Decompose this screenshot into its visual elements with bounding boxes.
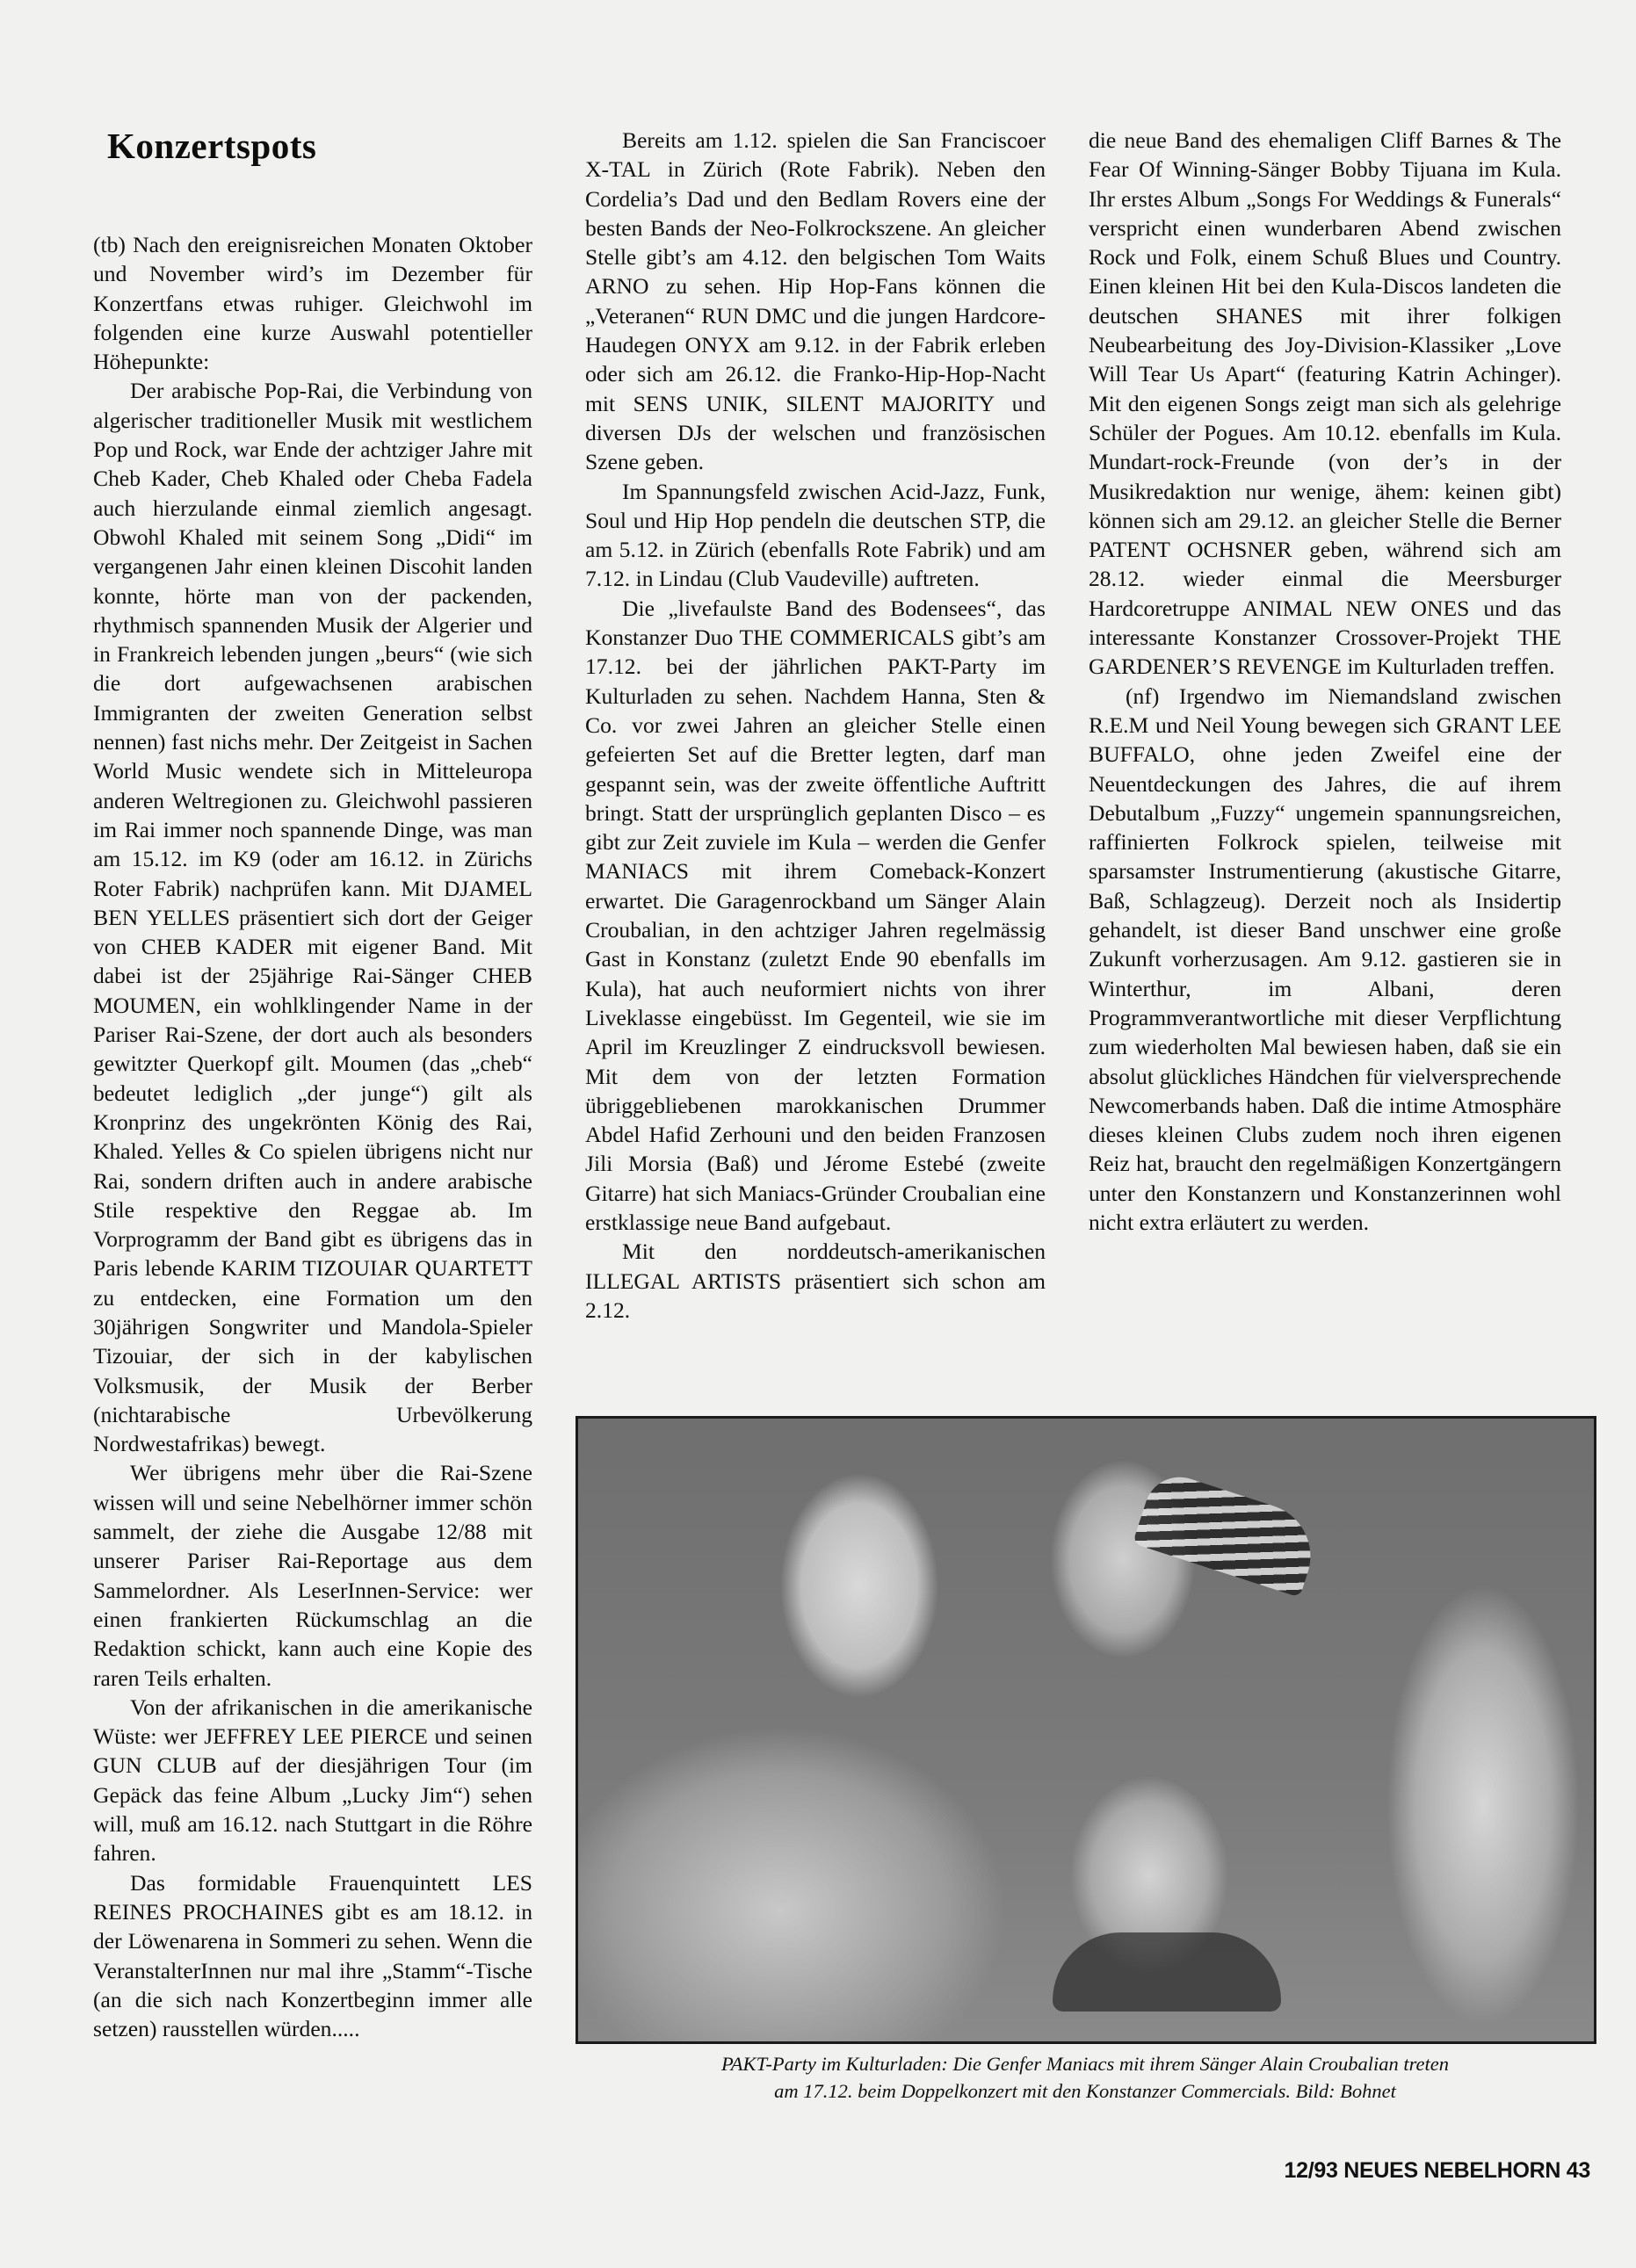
paragraph-bobby-tijuana: die neue Band des ehemaligen Cliff Barne… xyxy=(1089,126,1561,682)
caption-line-1: PAKT-Party im Kulturladen: Die Genfer Ma… xyxy=(597,2050,1573,2077)
caption-line-2: am 17.12. beim Doppelkonzert mit den Kon… xyxy=(597,2077,1573,2105)
paragraph-rai: Der arabische Pop-Rai, die Verbindung vo… xyxy=(93,376,532,1458)
paragraph-illegal-artists: Mit den norddeutsch-amerikanischen ILLEG… xyxy=(585,1237,1046,1325)
striped-headband-shape xyxy=(1133,1468,1324,1597)
paragraph-intro: (tb) Nach den ereignisreichen Monaten Ok… xyxy=(93,230,532,376)
paragraph-grant-lee-buffalo: (nf) Irgendwo im Niemandsland zwischen R… xyxy=(1089,682,1561,1238)
paragraph-les-reines: Das formidable Frauenquintett LES REINES… xyxy=(93,1868,532,2044)
text-column-2: Bereits am 1.12. spielen die San Francis… xyxy=(585,126,1046,1325)
paragraph-x-tal: Bereits am 1.12. spielen die San Francis… xyxy=(585,126,1046,477)
text-column-1: (tb) Nach den ereignisreichen Monaten Ok… xyxy=(93,230,532,2043)
dark-cap-shape xyxy=(1053,1932,1281,2012)
issue-number: 12/93 xyxy=(1284,2158,1337,2183)
paragraph-rai-reportage: Wer übrigens mehr über die Rai-Szene wis… xyxy=(93,1458,532,1692)
paragraph-commericals: Die „livefaulste Band des Bodensees“, da… xyxy=(585,594,1046,1238)
band-photo xyxy=(575,1416,1596,2044)
page-number: 43 xyxy=(1567,2158,1590,2183)
text-column-3: die neue Band des ehemaligen Cliff Barne… xyxy=(1089,126,1561,1237)
page-footer: 12/93 NEUES NEBELHORN 43 xyxy=(1284,2158,1590,2184)
publication-name: NEUES NEBELHORN xyxy=(1343,2158,1560,2183)
paragraph-gun-club: Von der afrikanischen in die amerikanisc… xyxy=(93,1693,532,1868)
photo-caption: PAKT-Party im Kulturladen: Die Genfer Ma… xyxy=(597,2050,1573,2105)
paragraph-stp: Im Spannungsfeld zwischen Acid-Jazz, Fun… xyxy=(585,477,1046,594)
article-title: Konzertspots xyxy=(107,125,316,167)
